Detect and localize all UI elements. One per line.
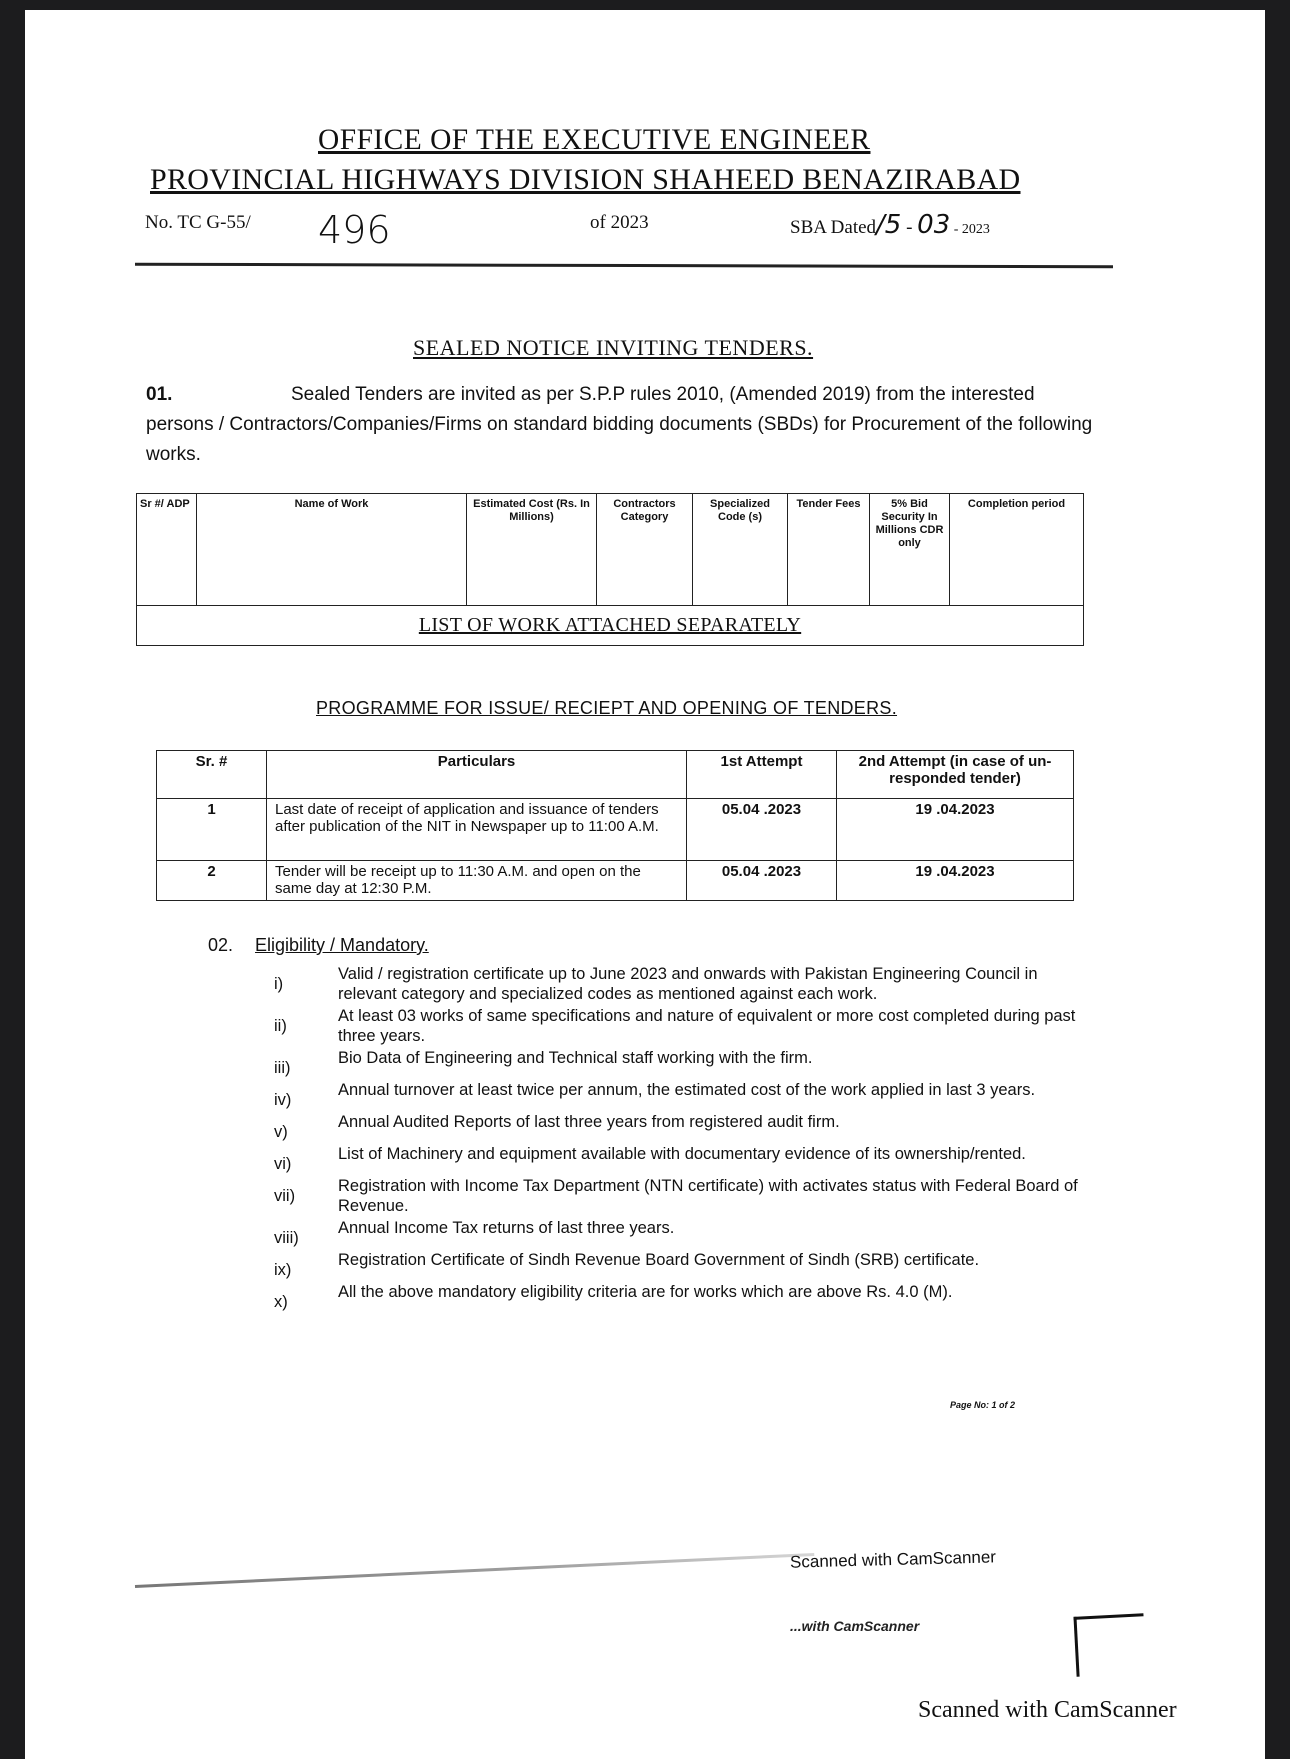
eligibility-item-text: Registration with Income Tax Department …	[338, 1176, 1094, 1216]
eligibility-item-text: Valid / registration certificate up to J…	[338, 964, 1094, 1004]
camscanner-watermark-outer: Scanned with CamScanner	[918, 1697, 1177, 1724]
table-row: 1 Last date of receipt of application an…	[157, 799, 1074, 861]
reference-prefix: No. TC G-55/	[145, 212, 251, 234]
eligibility-item-number: viii)	[274, 1218, 338, 1248]
scan-corner-mark	[1073, 1613, 1146, 1677]
list-attached-note: LIST OF WORK ATTACHED SEPARATELY	[137, 606, 1084, 646]
eligibility-item-text: List of Machinery and equipment availabl…	[338, 1144, 1094, 1174]
col-estimated-cost: Estimated Cost (Rs. In Millions)	[467, 494, 597, 606]
works-table: Sr #/ ADP Name of Work Estimated Cost (R…	[136, 493, 1084, 646]
eligibility-item-text: Registration Certificate of Sindh Revenu…	[338, 1250, 1094, 1280]
eligibility-item: v)Annual Audited Reports of last three y…	[274, 1112, 1094, 1142]
eligibility-item-text: Annual turnover at least twice per annum…	[338, 1080, 1094, 1110]
col-sr: Sr. #	[157, 751, 267, 799]
eligibility-item-number: iii)	[274, 1048, 338, 1078]
reference-number-handwritten: 496	[318, 208, 391, 252]
eligibility-item: vii)Registration with Income Tax Departm…	[274, 1176, 1094, 1216]
reference-date: SBA Dated/5 - 03 - 2023	[790, 210, 990, 240]
eligibility-item: ii)At least 03 works of same specificati…	[274, 1006, 1094, 1046]
row-second-attempt-date: 19 .04.2023	[837, 861, 1074, 901]
date-separator: -	[901, 217, 917, 238]
row-particulars: Tender will be receipt up to 11:30 A.M. …	[267, 861, 687, 901]
row-first-attempt-date: 05.04 .2023	[687, 799, 837, 861]
programme-table-header: Sr. # Particulars 1st Attempt 2nd Attemp…	[157, 751, 1074, 799]
col-first-attempt: 1st Attempt	[687, 751, 837, 799]
eligibility-item-text: Bio Data of Engineering and Technical st…	[338, 1048, 1094, 1078]
date-month: 03	[917, 210, 950, 240]
reference-year: of 2023	[590, 212, 649, 234]
col-tender-fees: Tender Fees	[788, 494, 870, 606]
col-completion-period: Completion period	[950, 494, 1084, 606]
eligibility-number: 02.	[208, 935, 233, 955]
col-specialized-code: Specialized Code (s)	[693, 494, 788, 606]
col-contractors-category: Contractors Category	[597, 494, 693, 606]
date-day: /5	[876, 210, 901, 240]
eligibility-item: iv)Annual turnover at least twice per an…	[274, 1080, 1094, 1110]
notice-paragraph: 01.Sealed Tenders are invited as per S.P…	[146, 380, 1106, 470]
page-number: Page No: 1 of 2	[950, 1400, 1015, 1410]
programme-table: Sr. # Particulars 1st Attempt 2nd Attemp…	[156, 750, 1074, 901]
table-row: 2 Tender will be receipt up to 11:30 A.M…	[157, 861, 1074, 901]
eligibility-list: i)Valid / registration certificate up to…	[274, 952, 1094, 1312]
row-first-attempt-date: 05.04 .2023	[687, 861, 837, 901]
eligibility-item-number: ix)	[274, 1250, 338, 1280]
office-heading: OFFICE OF THE EXECUTIVE ENGINEER	[318, 123, 870, 157]
eligibility-item: vi)List of Machinery and equipment avail…	[274, 1144, 1094, 1174]
eligibility-item: iii)Bio Data of Engineering and Technica…	[274, 1048, 1094, 1078]
eligibility-item-number: x)	[274, 1282, 338, 1312]
col-bid-security: 5% Bid Security In Millions CDR only	[870, 494, 950, 606]
eligibility-item-number: vii)	[274, 1176, 338, 1216]
notice-title: SEALED NOTICE INVITING TENDERS.	[413, 335, 813, 361]
eligibility-item: i)Valid / registration certificate up to…	[274, 964, 1094, 1004]
works-table-header: Sr #/ ADP Name of Work Estimated Cost (R…	[137, 494, 1084, 606]
eligibility-item: viii)Annual Income Tax returns of last t…	[274, 1218, 1094, 1248]
col-name-of-work: Name of Work	[197, 494, 467, 606]
eligibility-item-text: All the above mandatory eligibility crit…	[338, 1282, 1094, 1312]
row-second-attempt-date: 19 .04.2023	[837, 799, 1074, 861]
eligibility-item-number: ii)	[274, 1006, 338, 1046]
col-sr-adp: Sr #/ ADP	[137, 494, 197, 606]
dated-label: SBA Dated	[790, 217, 876, 238]
programme-title: PROGRAMME FOR ISSUE/ RECIEPT AND OPENING…	[316, 698, 897, 719]
row-sr: 1	[157, 799, 267, 861]
camscanner-watermark-faded: ...with CamScanner	[790, 1618, 919, 1634]
row-particulars: Last date of receipt of application and …	[267, 799, 687, 861]
col-second-attempt: 2nd Attempt (in case of un-responded ten…	[837, 751, 1074, 799]
eligibility-item: x)All the above mandatory eligibility cr…	[274, 1282, 1094, 1312]
eligibility-item-number: i)	[274, 964, 338, 1004]
date-year: - 2023	[950, 222, 990, 237]
row-sr: 2	[157, 861, 267, 901]
eligibility-item-number: vi)	[274, 1144, 338, 1174]
eligibility-item-text: Annual Audited Reports of last three yea…	[338, 1112, 1094, 1142]
eligibility-item-text: At least 03 works of same specifications…	[338, 1006, 1094, 1046]
eligibility-item-text: Annual Income Tax returns of last three …	[338, 1218, 1094, 1248]
eligibility-item: ix)Registration Certificate of Sindh Rev…	[274, 1250, 1094, 1280]
eligibility-item-number: v)	[274, 1112, 338, 1142]
col-particulars: Particulars	[267, 751, 687, 799]
paragraph-number: 01.	[146, 380, 291, 410]
eligibility-item-number: iv)	[274, 1080, 338, 1110]
works-table-note-row: LIST OF WORK ATTACHED SEPARATELY	[137, 606, 1084, 646]
division-heading: PROVINCIAL HIGHWAYS DIVISION SHAHEED BEN…	[150, 163, 1021, 197]
